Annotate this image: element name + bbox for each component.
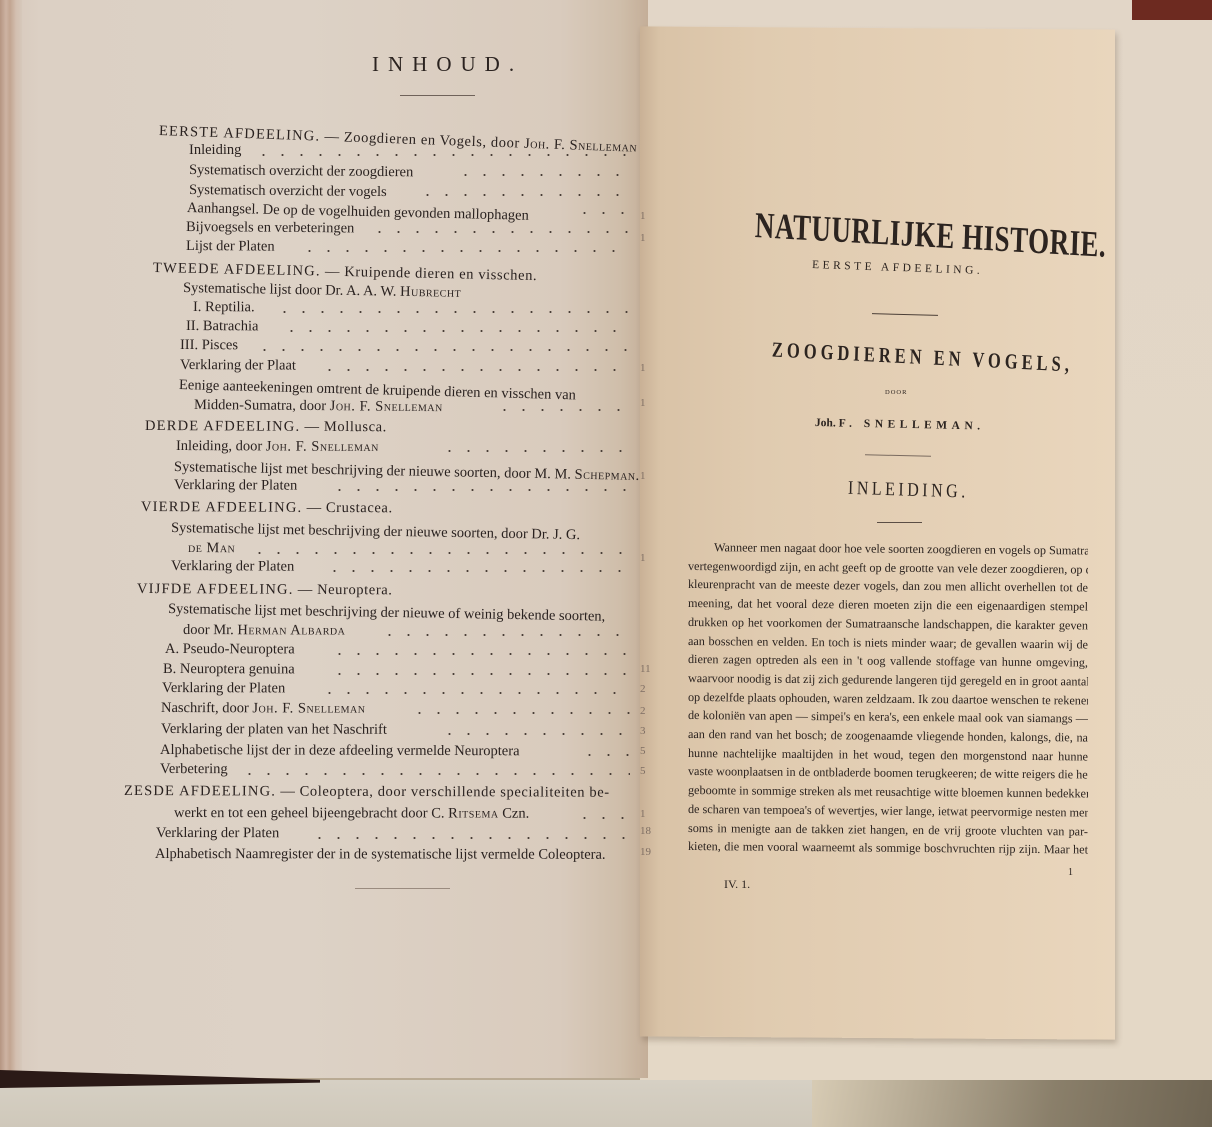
dot-leader — [575, 212, 630, 214]
author-name: Hubrecht — [400, 284, 461, 301]
toc-section-heading: ZESDE AFDEELING. — Coleoptera, door vers… — [124, 783, 610, 802]
dot-leader — [255, 349, 630, 351]
author-name: Ritsema — [448, 805, 498, 821]
toc-entry: Verbetering — [160, 761, 228, 778]
entry-text: Systematische lijst door Dr. A. A. W. — [183, 280, 400, 300]
section-label: VIJFDE AFDEELING. — [137, 581, 294, 598]
entry-text: Systematische lijst met beschrijving der… — [168, 601, 606, 625]
dot-leader — [330, 653, 630, 655]
author-prefix: Joh. — [815, 417, 836, 429]
toc-entry: Verklaring der platen van het Naschrift — [161, 721, 387, 739]
toc-entry: III. Pisces — [180, 337, 238, 354]
chapter-rule — [877, 522, 922, 523]
dot-leader — [282, 330, 630, 332]
toc-section-heading: VIJFDE AFDEELING. — Neuroptera. — [137, 581, 393, 599]
dot-leader — [330, 489, 630, 491]
dot-leader — [370, 231, 630, 233]
toc-entry: Lijst der Platen — [186, 238, 275, 256]
entry-text: Bijvoegsels en verbeteringen — [186, 219, 354, 236]
dot-leader — [300, 250, 630, 252]
entry-text: — Zoogdieren en Vogels, door — [320, 129, 524, 152]
entry-text: door Mr. — [183, 622, 237, 638]
end-rule — [355, 888, 450, 889]
author-rule — [865, 454, 931, 456]
entry-text: Verklaring der Platen — [174, 477, 297, 494]
toc-entry: Inleiding, door Joh. F. Snelleman — [176, 438, 379, 456]
entry-text: Verklaring der Plaat — [180, 357, 296, 374]
author-name: Joh. F. Snelleman — [266, 438, 379, 455]
entry-text: I. Reptilia. — [193, 299, 255, 315]
by-label: DOOR — [885, 389, 907, 396]
dot-leader — [440, 450, 630, 452]
dot-leader — [418, 194, 630, 196]
entry-text: Alphabetische lijst der in deze afdeelin… — [160, 742, 520, 759]
dot-leader — [275, 311, 630, 313]
dot-leader — [320, 692, 630, 694]
entry-text: Inleiding, door — [176, 438, 266, 454]
section-label: TWEEDE AFDEELING. — [153, 260, 321, 280]
toc-entry: I. Reptilia. — [193, 299, 255, 316]
entry-text: Systematisch overzicht der vogels — [189, 182, 387, 200]
author-name: Joh. F. Snelleman — [252, 700, 365, 716]
dot-leader — [575, 817, 630, 819]
body-line: kieten, die men vooral waarneemt als som… — [688, 837, 1088, 859]
toc-entry: A. Pseudo-Neuroptera — [165, 641, 295, 658]
toc-entry: Systematisch overzicht der zoogdieren — [189, 162, 413, 181]
entry-text: Verbetering — [160, 761, 228, 777]
entry-text-tail: Czn. — [499, 806, 530, 822]
author-name: de Man — [188, 540, 235, 556]
entry-text: Lijst der Platen — [186, 238, 275, 255]
dot-leader — [254, 154, 630, 156]
section-label: ZESDE AFDEELING. — [124, 783, 276, 800]
title-rule — [872, 313, 938, 316]
page-number: 1 — [1068, 867, 1073, 878]
dot-leader — [580, 754, 630, 756]
author-name: Schepman. — [574, 467, 639, 484]
dot-leader — [325, 570, 630, 572]
entry-text: Verklaring der Platen — [162, 680, 285, 696]
toc-entry: Verklaring der Plaat — [180, 357, 296, 375]
dot-leader — [250, 552, 630, 554]
entry-text: A. Pseudo-Neuroptera — [165, 641, 295, 657]
entry-text: Midden-Sumatra, door — [194, 397, 330, 414]
entry-text: Alphabetisch Naamregister der in de syst… — [155, 846, 606, 863]
author-name: Joh. F. Snelleman — [330, 398, 443, 415]
book-cover-corner — [1132, 0, 1212, 20]
toc-entry: Naschrift, door Joh. F. Snelleman — [161, 700, 366, 718]
dot-leader — [456, 174, 630, 176]
book-title: NATUURLIJKE HISTORIE. — [754, 205, 1107, 267]
entry-text: — Crustacea. — [302, 500, 392, 516]
entry-text: Naschrift, door — [161, 700, 252, 716]
dot-leader — [440, 733, 630, 735]
book-subtitle: EERSTE AFDEELING. — [812, 259, 984, 277]
table-of-contents: EERSTE AFDEELING. — Zoogdieren en Vogels… — [0, 0, 648, 1000]
dot-leader — [310, 837, 630, 839]
entry-text: — Mollusca. — [300, 419, 387, 435]
toc-entry: Midden-Sumatra, door Joh. F. Snelleman — [194, 397, 443, 416]
toc-entry: Verklaring der Platen — [156, 825, 279, 842]
table-surface-shadow — [812, 1080, 1212, 1127]
entry-text: Verklaring der Platen — [156, 825, 279, 841]
toc-entry: werkt en tot een geheel bijeengebracht d… — [174, 805, 529, 823]
entry-text: — Neuroptera. — [294, 582, 393, 599]
entry-text: II. Batrachia — [186, 318, 259, 334]
section-heading: ZOOGDIEREN EN VOGELS, — [772, 337, 1074, 378]
dot-leader — [320, 369, 630, 371]
chapter-title: INLEIDING. — [848, 478, 969, 503]
body-text: Wanneer men nagaat door hoe vele soorten… — [688, 538, 1088, 856]
toc-entry: de Man — [188, 540, 235, 557]
entry-text: Verklaring der platen van het Naschrift — [161, 721, 387, 738]
right-page-content: NATUURLIJKE HISTORIE. EERSTE AFDEELING. … — [640, 0, 1115, 1040]
section-label: DERDE AFDEELING. — [145, 418, 300, 435]
toc-entry: Verklaring der Platen — [171, 558, 294, 576]
dot-leader — [495, 409, 630, 411]
entry-text: Inleiding — [189, 142, 241, 158]
toc-entry: Verklaring der Platen — [162, 680, 285, 697]
toc-entry: Systematisch overzicht der vogels — [189, 182, 387, 201]
entry-text: B. Neuroptera genuina — [163, 661, 295, 677]
dot-leader — [410, 712, 630, 714]
entry-text: Systematisch overzicht der zoogdieren — [189, 162, 413, 180]
section-label: VIERDE AFDEELING. — [141, 499, 302, 516]
signature-mark: IV. 1. — [724, 877, 750, 892]
entry-text: werkt en tot een geheel bijeengebracht d… — [174, 805, 448, 821]
dot-leader — [330, 673, 630, 675]
toc-entry: Verklaring der Platen — [174, 477, 297, 495]
toc-entry: Bijvoegsels en verbeteringen — [186, 219, 354, 237]
dot-leader — [240, 773, 630, 775]
entry-text: — Coleoptera, door verschillende special… — [276, 784, 610, 801]
entry-text: — Kruipende dieren en visschen. — [321, 264, 538, 285]
toc-entry: Alphabetisch Naamregister der in de syst… — [155, 846, 606, 864]
entry-text: III. Pisces — [180, 337, 238, 353]
author-name: Joh. F. Snelleman — [524, 136, 638, 156]
toc-entry: Alphabetische lijst der in deze afdeelin… — [160, 742, 520, 760]
toc-section-heading: VIERDE AFDEELING. — Crustacea. — [141, 499, 393, 517]
toc-section-heading: DERDE AFDEELING. — Mollusca. — [145, 418, 387, 436]
author-line: Joh. F. SNELLEMAN. — [815, 417, 985, 433]
toc-entry: door Mr. Herman Albarda — [183, 622, 345, 640]
entry-text: Verklaring der Platen — [171, 558, 294, 575]
author-name: F. SNELLEMAN. — [839, 417, 985, 432]
toc-entry: B. Neuroptera genuina — [163, 661, 295, 678]
toc-entry: II. Batrachia — [186, 318, 259, 335]
toc-entry: Inleiding — [189, 142, 241, 159]
author-name: Herman Albarda — [237, 622, 345, 638]
dot-leader — [380, 634, 630, 636]
